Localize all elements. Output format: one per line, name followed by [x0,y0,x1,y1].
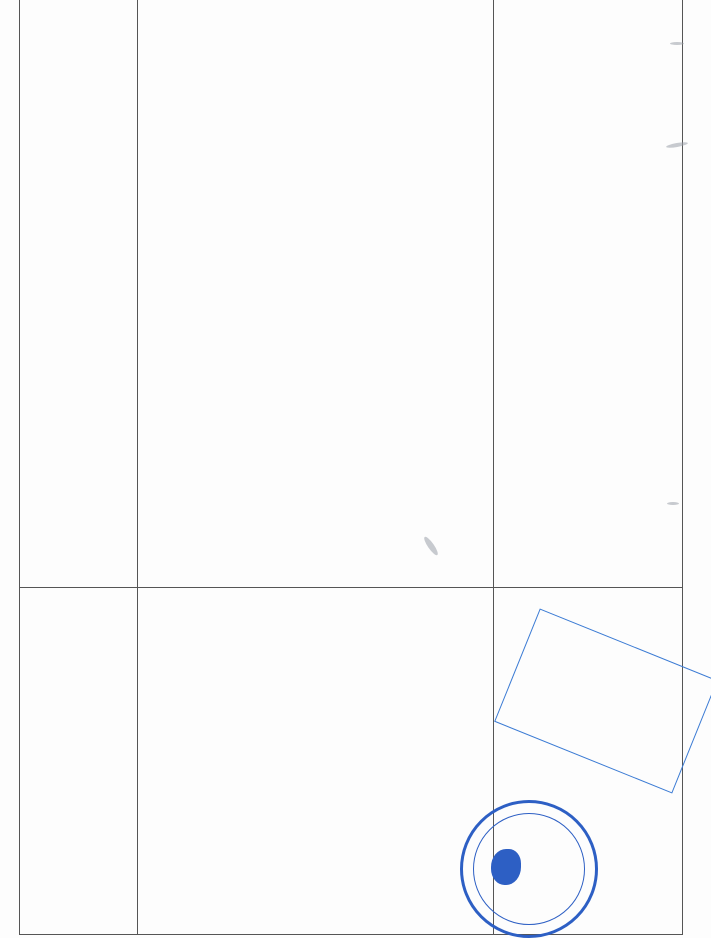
scan-smudge [666,141,688,149]
scan-smudge [667,502,679,505]
table-row-divider [19,587,683,588]
scan-smudge [422,535,440,556]
table-border-right [682,0,683,935]
onem-stamp [460,800,598,938]
document-page [0,0,711,938]
fauna-flora-stamp [494,608,711,793]
spacer [178,17,488,35]
scan-smudge [670,42,684,45]
table-column-divider-1 [137,0,138,935]
table-border-left [19,0,20,935]
competences-essential-list [178,17,488,35]
stamp-ring-text [463,803,595,935]
table-column-divider-2 [493,0,494,935]
onem-map-logo-icon [491,849,521,885]
